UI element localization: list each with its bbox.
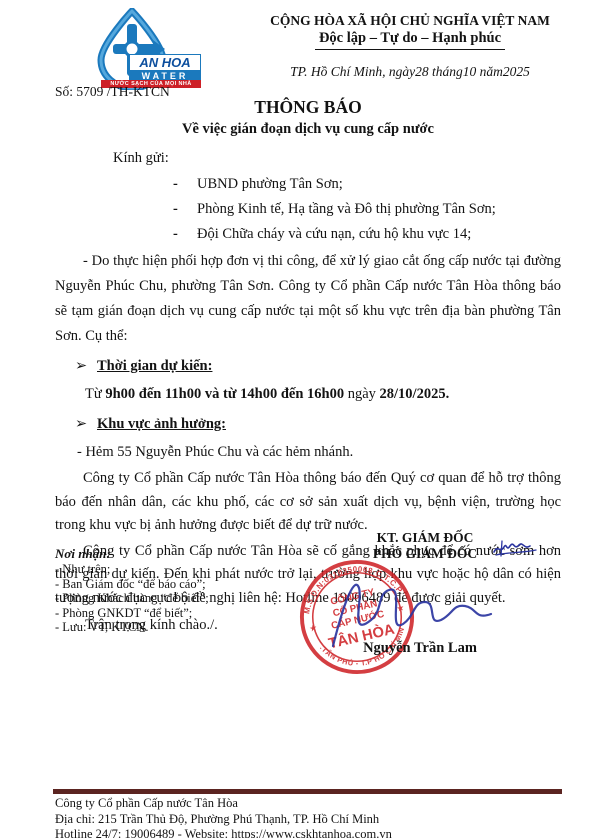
recipient-text: UBND phường Tân Sơn; bbox=[197, 172, 343, 197]
footer-website-link[interactable]: https://www.cskhtanhoa.com.vn bbox=[231, 827, 392, 838]
official-announcement-document: { "document": { "logo": { "brand_top": "… bbox=[0, 0, 597, 838]
footer: Công ty Cổ phần Cấp nước Tân Hòa Địa chỉ… bbox=[55, 796, 565, 838]
list-dash: - bbox=[173, 222, 197, 247]
place-and-date: TP. Hồ Chí Minh, ngày28 tháng10 năm2025 bbox=[245, 64, 575, 80]
recipients-note-item: - Như trên; bbox=[55, 562, 285, 577]
recipient-text: Phòng Kinh tế, Hạ tầng và Đô thị phường … bbox=[197, 197, 496, 222]
recipients-note-heading: Nơi nhận: bbox=[55, 546, 285, 562]
area-heading-label: Khu vực ảnh hưởng: bbox=[97, 416, 226, 432]
signer-name: Nguyễn Trần Lam bbox=[330, 640, 510, 657]
footer-company: Công ty Cổ phần Cấp nước Tân Hòa bbox=[55, 796, 565, 812]
time-mid: ngày bbox=[344, 386, 379, 402]
time-date: 28/10/2025. bbox=[380, 386, 450, 402]
area-section-heading: ➢Khu vực ảnh hưởng: bbox=[75, 412, 561, 437]
signature-block: KT. GIÁM ĐỐC PHÓ GIÁM ĐỐC bbox=[315, 530, 535, 562]
stamp-star-left-icon: ★ bbox=[308, 622, 318, 634]
recipients-note-item: - Ban Giám đốc “để báo cáo”; bbox=[55, 577, 285, 592]
salutation: Kính gửi: bbox=[113, 150, 561, 167]
list-dash: - bbox=[173, 172, 197, 197]
footer-hotline: Hotline 24/7: 19006489 - Website: bbox=[55, 827, 231, 838]
list-dash: - bbox=[173, 197, 197, 222]
recipients-note-item: - Phòng GNKDT “để biết”; bbox=[55, 606, 285, 621]
recipient-item: - Đội Chữa cháy và cứu nạn, cứu hộ khu v… bbox=[173, 222, 561, 247]
time-section-heading: ➢Thời gian dự kiến: bbox=[75, 354, 561, 379]
affected-area-item: - Hẻm 55 Nguyễn Phúc Chu và các hẻm nhán… bbox=[77, 440, 561, 465]
handwritten-initials bbox=[490, 538, 542, 560]
time-details: Từ 9h00 đến 11h00 và từ 14h00 đến 16h00 … bbox=[85, 382, 561, 407]
recipient-item: - Phòng Kinh tế, Hạ tầng và Đô thị phườn… bbox=[173, 197, 561, 222]
intro-paragraph: - Do thực hiện phối hợp đơn vị thi công,… bbox=[55, 249, 561, 349]
national-motto: Độc lập – Tự do – Hạnh phúc bbox=[315, 29, 505, 50]
time-heading-label: Thời gian dự kiến: bbox=[97, 358, 212, 374]
recipients-note: Nơi nhận: - Như trên; - Ban Giám đốc “để… bbox=[55, 546, 285, 635]
recipients-note-item: - Phòng Khách hàng “để biết”; bbox=[55, 591, 285, 606]
recipient-text: Đội Chữa cháy và cứu nạn, cứu hộ khu vực… bbox=[197, 222, 471, 247]
recipient-item: - UBND phường Tân Sơn; bbox=[173, 172, 561, 197]
document-title: THÔNG BÁO bbox=[55, 96, 561, 118]
recipients-note-item: - Lưu: VT, KTCN. bbox=[55, 620, 285, 635]
arrow-bullet-icon: ➢ bbox=[75, 354, 97, 379]
time-prefix: Từ bbox=[85, 386, 105, 402]
logo-brand-name: AN HOA bbox=[129, 54, 201, 71]
company-logo: AN HOA WATER NƯỚC SẠCH CỦA MỌI NHÀ bbox=[93, 8, 201, 92]
time-range: 9h00 đến 11h00 và từ 14h00 đến 16h00 bbox=[105, 386, 344, 402]
national-header: CỘNG HÒA XÃ HỘI CHỦ NGHĨA VIỆT NAM Độc l… bbox=[245, 12, 575, 80]
national-title: CỘNG HÒA XÃ HỘI CHỦ NGHĨA VIỆT NAM bbox=[245, 12, 575, 29]
body-paragraph-1: Công ty Cổ phần Cấp nước Tân Hòa thông b… bbox=[55, 467, 561, 538]
arrow-bullet-icon: ➢ bbox=[75, 412, 97, 437]
document-subtitle: Về việc gián đoạn dịch vụ cung cấp nước bbox=[55, 119, 561, 139]
recipient-list: - UBND phường Tân Sơn; - Phòng Kinh tế, … bbox=[55, 172, 561, 247]
logo-text-block: AN HOA WATER bbox=[129, 54, 201, 82]
footer-divider-bar bbox=[53, 789, 562, 794]
footer-contact: Hotline 24/7: 19006489 - Website: https:… bbox=[55, 827, 565, 838]
footer-address: Địa chỉ: 215 Trần Thủ Độ, Phường Phú Thạ… bbox=[55, 812, 565, 828]
